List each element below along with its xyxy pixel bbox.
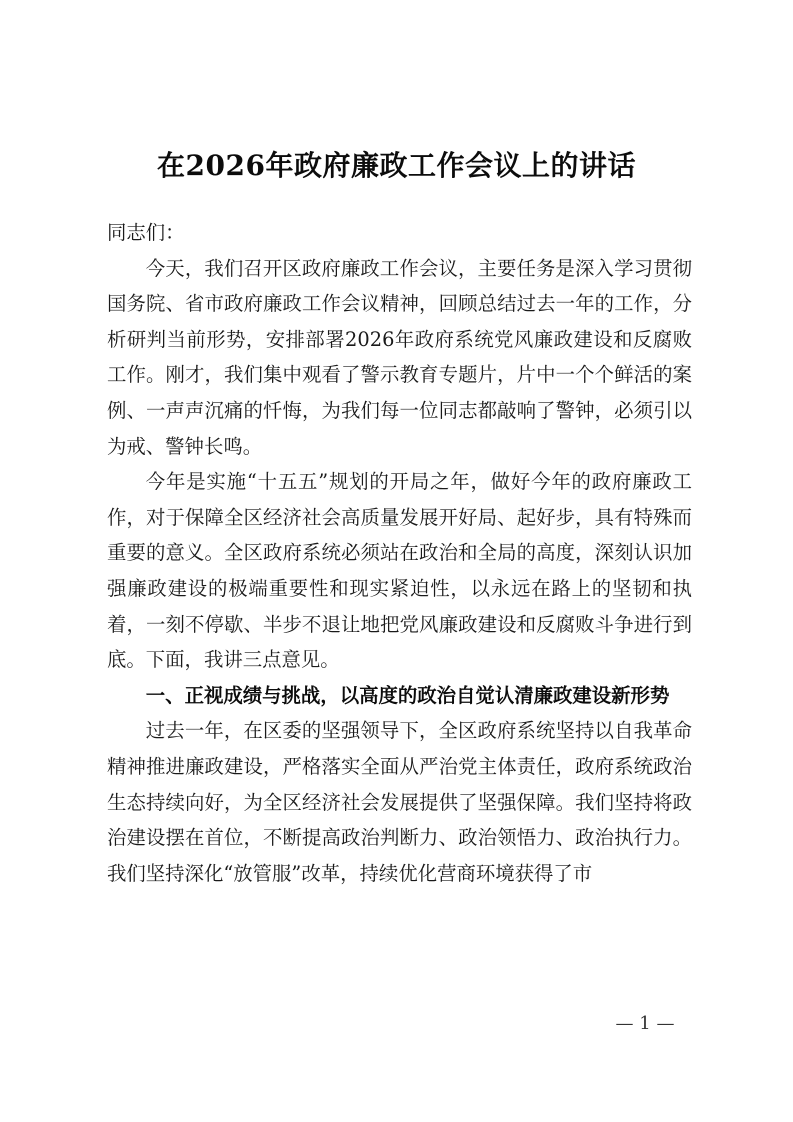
page-number: — 1 — [600,1012,690,1036]
salutation: 同志们： [107,215,692,251]
paragraph-context: 今年是实施“十五五”规划的开局之年，做好今年的政府廉政工作，对于保障全区经济社会… [107,464,692,678]
paragraph-opening: 今天，我们召开区政府廉政工作会议，主要任务是深入学习贯彻国务院、省市政府廉政工作… [107,251,692,465]
document-body: 同志们： 今天，我们召开区政府廉政工作会议，主要任务是深入学习贯彻国务院、省市政… [107,215,692,891]
document-page: 在2026年政府廉政工作会议上的讲话 同志们： 今天，我们召开区政府廉政工作会议… [0,0,793,1122]
paragraph-section-1: 过去一年，在区委的坚强领导下，全区政府系统坚持以自我革命精神推进廉政建设，严格落… [107,713,692,891]
section-heading-1: 一、正视成绩与挑战，以高度的政治自觉认清廉政建设新形势 [107,678,692,714]
document-title: 在2026年政府廉政工作会议上的讲话 [0,146,793,186]
